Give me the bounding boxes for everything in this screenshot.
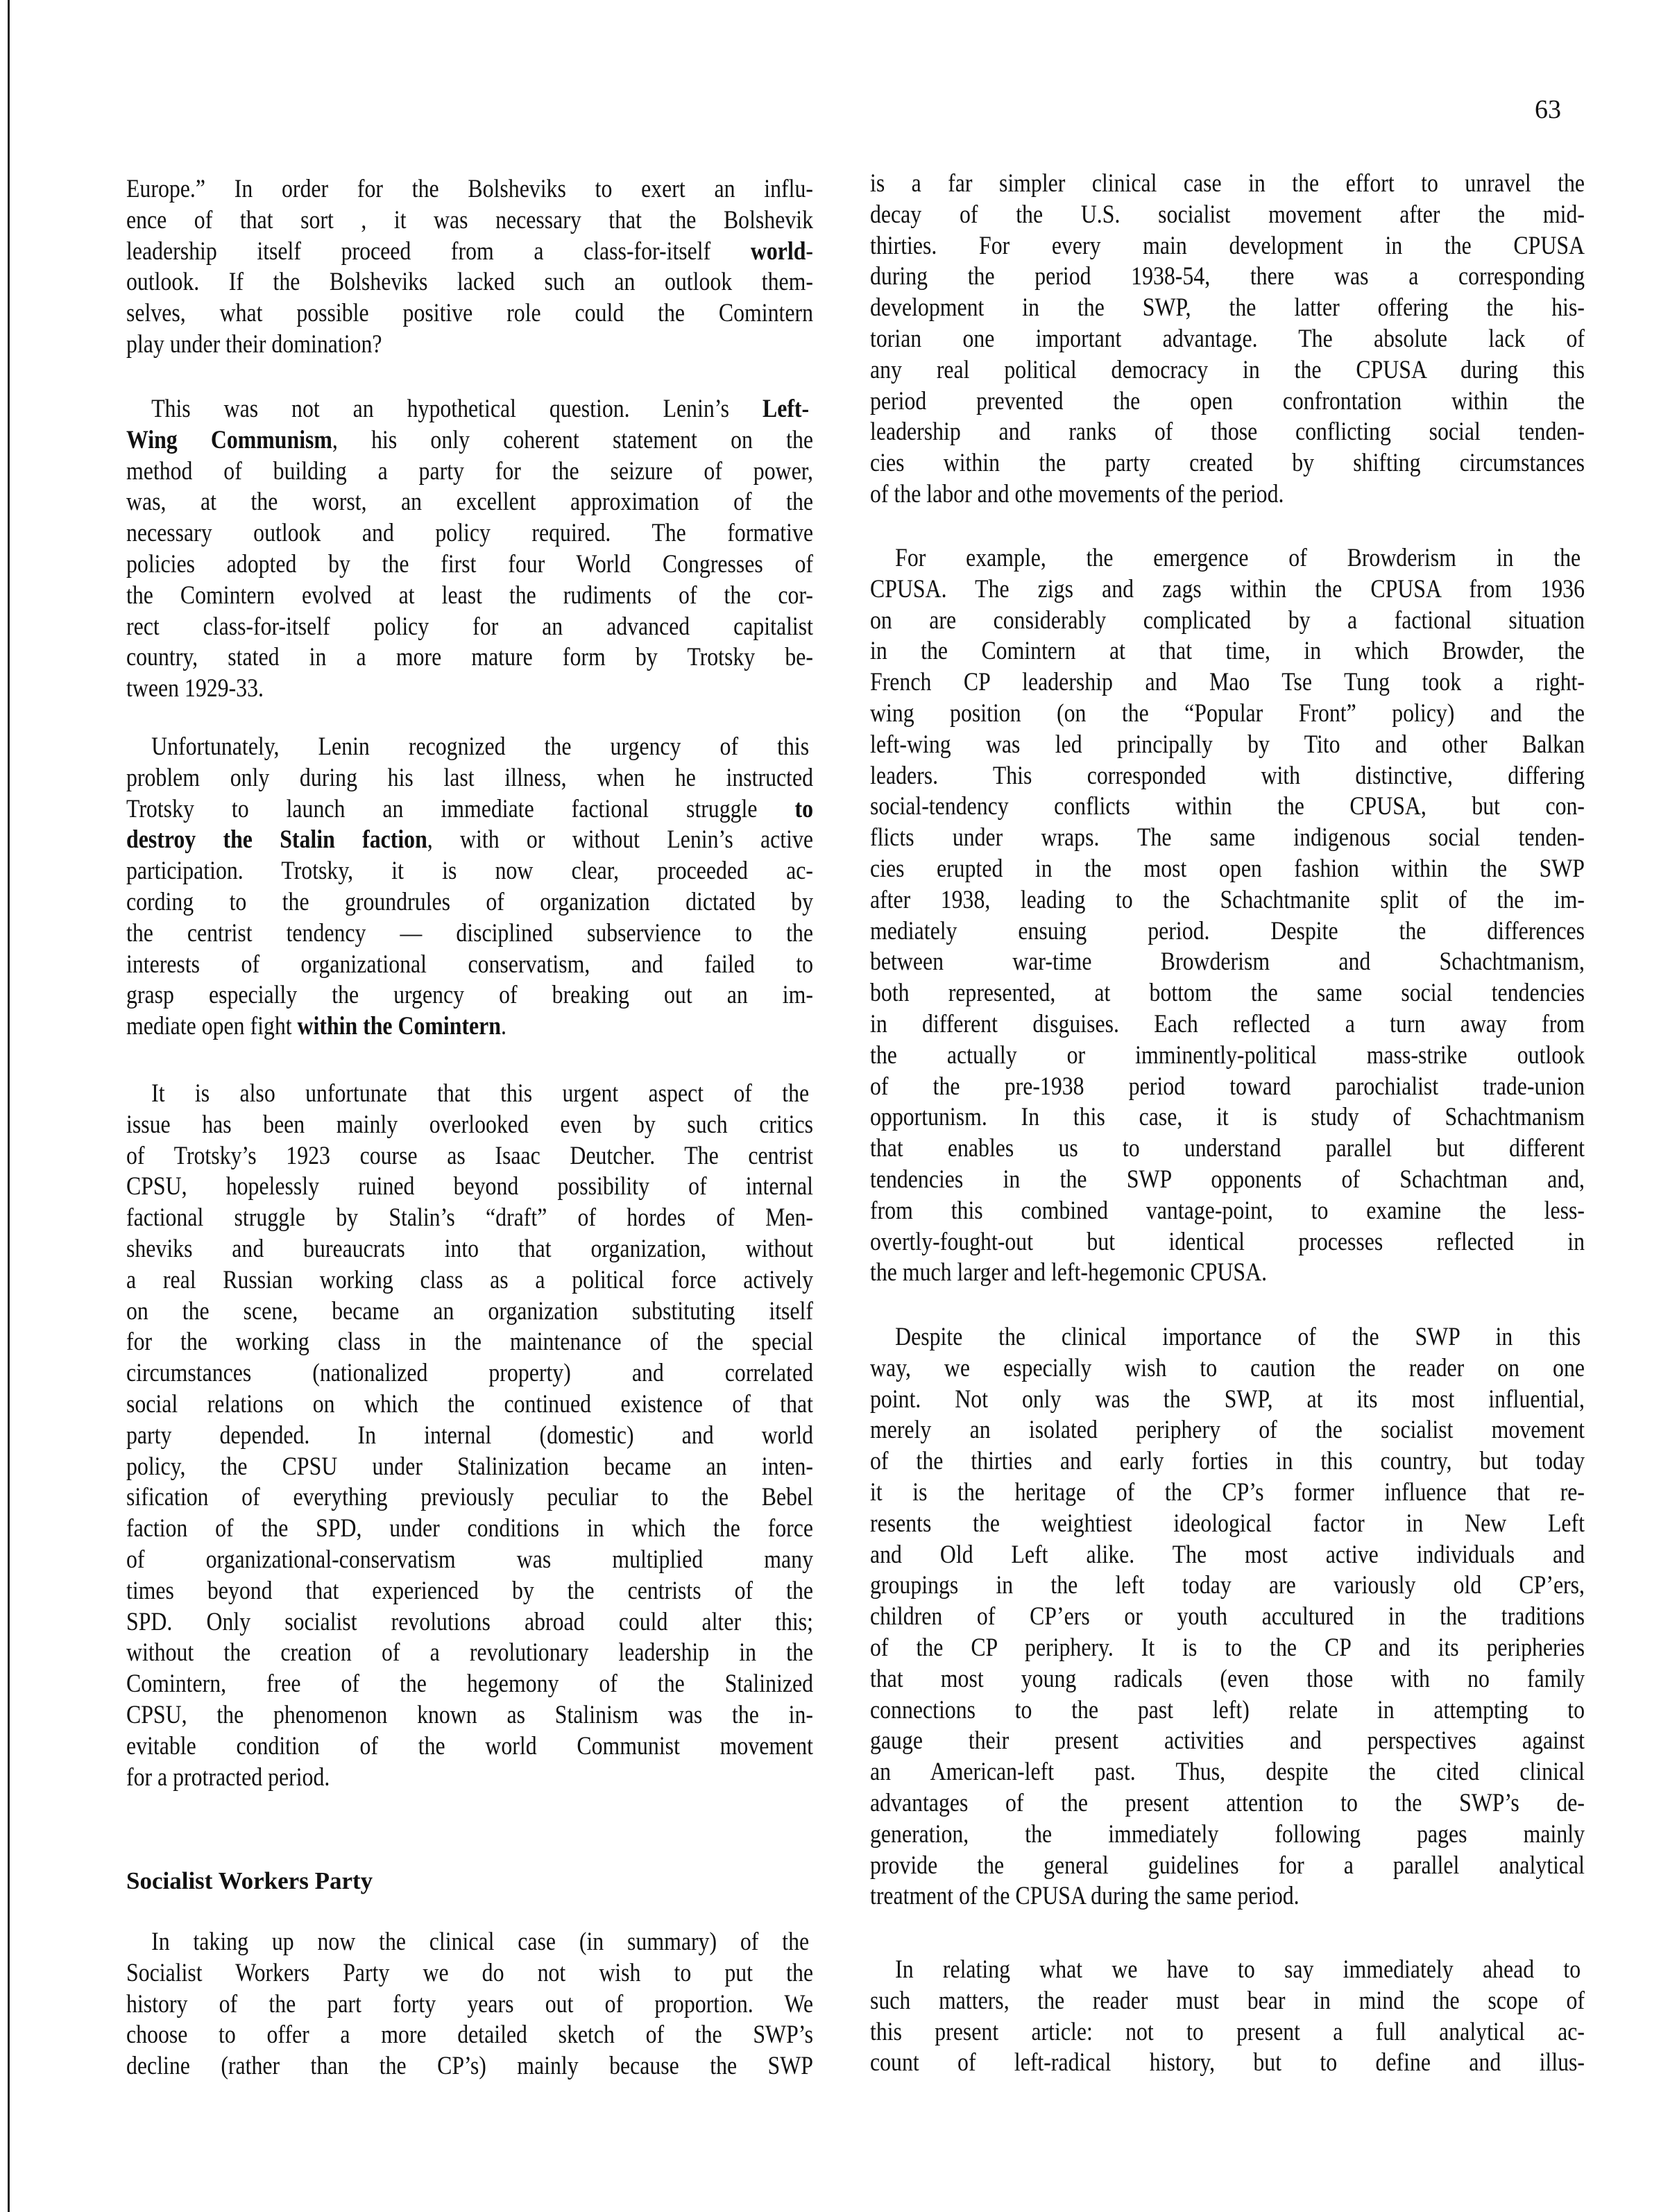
text-line: policy, the CPSU under Stalinization bec… [126,1452,813,1483]
text-line: in the Comintern at that time, in which … [870,636,1585,667]
text-line: the centrist tendency — disciplined subs… [126,918,813,950]
text-line: flicts under wraps. The same indigenous … [870,823,1585,854]
text-line: cording to the groundrules of organizati… [126,887,813,918]
text-line: during the period 1938-54, there was a c… [870,262,1585,293]
text-line: left-wing was led principally by Tito an… [870,730,1585,761]
text-line: tendencies in the SWP opponents of Schac… [870,1165,1585,1196]
text-line: mediate open fight within the Comintern. [126,1011,813,1043]
text-line: social-tendency conflicts within the CPU… [870,791,1585,823]
text-line: rect class-for-itself policy for an adva… [126,612,813,643]
text-line: children of CP’ers or youth accultured i… [870,1602,1585,1633]
text-line: French CP leadership and Mao Tse Tung to… [870,667,1585,698]
text-line: destroy the Stalin faction, with or with… [126,825,813,856]
paragraph: It is also unfortunate that this urgent … [126,1079,813,1793]
text-line: is a far simpler clinical case in the ef… [870,169,1585,200]
text-line: interests of organizational conservatism… [126,950,813,981]
text-line: of organizational-conservatism was multi… [126,1545,813,1576]
text-line: SPD. Only socialist revolutions abroad c… [126,1607,813,1638]
text-line: history of the part forty years out of p… [126,1989,813,2021]
text-line: country, stated in a more mature form by… [126,642,813,674]
text-line: faction of the SPD, under conditions in … [126,1514,813,1545]
text-line: from this combined vantage-point, to exa… [870,1196,1585,1227]
text-line: treatment of the CPUSA during the same p… [870,1881,1585,1912]
text-line: Europe.” In order for the Bolsheviks to … [126,174,813,205]
text-line: count of left-radical history, but to de… [870,2048,1585,2079]
text-line: issue has been mainly overlooked even by… [126,1110,813,1141]
text-line: development in the SWP, the latter offer… [870,293,1585,324]
paragraph: In relating what we have to say immediat… [870,1955,1585,2079]
text-line: point. Not only was the SWP, at its most… [870,1384,1585,1416]
text-line: sification of everything previously pecu… [126,1482,813,1514]
text-line: leaders. This corresponded with distinct… [870,761,1585,792]
paragraph: Unfortunately, Lenin recognized the urge… [126,732,813,1043]
text-line: cies erupted in the most open fashion wi… [870,854,1585,885]
text-line: on the scene, became an organization sub… [126,1296,813,1328]
text-line: on are considerably complicated by a fac… [870,606,1585,637]
text-line: For example, the emergence of Browderism… [870,543,1581,574]
text-line: choose to offer a more detailed sketch o… [126,2020,813,2051]
text-line: party depended. In internal (domestic) a… [126,1421,813,1452]
text-line: merely an isolated periphery of the soci… [870,1415,1585,1446]
page-edge-line [8,0,10,2212]
text-line: any real political democracy in the CPUS… [870,355,1585,386]
text-line: play under their domination? [126,329,813,361]
text-line: of the labor and othe movements of the p… [870,479,1585,511]
text-line: after 1938, leading to the Schachtmanite… [870,885,1585,916]
text-line: way, we especially wish to caution the r… [870,1353,1585,1384]
text-line: necessary outlook and policy required. T… [126,518,813,549]
text-line: method of building a party for the seizu… [126,456,813,488]
text-line: Trotsky to launch an immediate factional… [126,794,813,825]
text-line: Despite the clinical importance of the S… [870,1322,1581,1353]
text-line: Unfortunately, Lenin recognized the urge… [126,732,809,763]
text-line: this present article: not to present a f… [870,2017,1585,2048]
page-number: 63 [1535,94,1561,125]
paragraph: Despite the clinical importance of the S… [870,1322,1585,1912]
text-line: generation, the immediately following pa… [870,1819,1585,1851]
text-line: decline (rather than the CP’s) mainly be… [126,2051,813,2082]
text-line: the much larger and left-hegemonic CPUSA… [870,1258,1585,1289]
text-line: of the CP periphery. It is to the CP and… [870,1633,1585,1664]
paragraph: Europe.” In order for the Bolsheviks to … [126,174,813,361]
text-line: circumstances (nationalized property) an… [126,1358,813,1389]
text-line: the Comintern evolved at least the rudim… [126,581,813,612]
text-line: in different disguises. Each reflected a… [870,1009,1585,1040]
text-line: decay of the U.S. socialist movement aft… [870,200,1585,231]
text-line: This was not an hypothetical question. L… [126,394,809,425]
text-line: of the pre-1938 period toward parochiali… [870,1072,1585,1103]
text-line: that most young radicals (even those wit… [870,1664,1585,1695]
text-line: leadership itself proceed from a class-f… [126,237,813,268]
text-line: leadership and ranks of those conflictin… [870,417,1585,448]
text-line: evitable condition of the world Communis… [126,1731,813,1763]
text-line: provide the general guidelines for a par… [870,1851,1585,1882]
text-line: CPUSA. The zigs and zags within the CPUS… [870,574,1585,606]
text-line: for a protracted period. [126,1763,813,1794]
text-line: that enables us to understand parallel b… [870,1133,1585,1165]
text-line: grasp especially the urgency of breaking… [126,980,813,1011]
text-line: and Old Left alike. The most active indi… [870,1540,1585,1571]
text-line: cies within the party created by shiftin… [870,448,1585,479]
text-line: social relations on which the continued … [126,1389,813,1421]
text-line: resents the weightiest ideological facto… [870,1509,1585,1540]
text-line: Wing Communism, his only coherent statem… [126,425,813,456]
text-line: advantages of the present attention to t… [870,1788,1585,1819]
text-line: Comintern, free of the hegemony of the S… [126,1669,813,1700]
text-line: connections to the past left) relate in … [870,1695,1585,1726]
text-line: was, at the worst, an excellent approxim… [126,487,813,518]
text-line: gauge their present activities and persp… [870,1726,1585,1757]
text-line: torian one important advantage. The abso… [870,324,1585,355]
text-line: In taking up now the clinical case (in s… [126,1927,809,1958]
text-line: it is the heritage of the CP’s former in… [870,1477,1585,1509]
text-line: opportunism. In this case, it is study o… [870,1102,1585,1133]
section-heading: Socialist Workers Party [126,1866,373,1896]
text-line: mediately ensuing period. Despite the di… [870,916,1585,948]
text-line: groupings in the left today are variousl… [870,1570,1585,1602]
text-line: problem only during his last illness, wh… [126,763,813,794]
paragraph: This was not an hypothetical question. L… [126,394,813,705]
text-line: participation. Trotsky, it is now clear,… [126,856,813,887]
text-line: of Trotsky’s 1923 course as Isaac Deutch… [126,1141,813,1172]
text-line: both represented, at bottom the same soc… [870,978,1585,1009]
text-line: of the thirties and early forties in thi… [870,1446,1585,1477]
text-line: such matters, the reader must bear in mi… [870,1986,1585,2017]
text-line: without the creation of a revolutionary … [126,1638,813,1669]
text-line: In relating what we have to say immediat… [870,1955,1581,1986]
text-line: between war-time Browderism and Schachtm… [870,947,1585,978]
text-line: period prevented the open confrontation … [870,386,1585,418]
text-line: selves, what possible positive role coul… [126,298,813,329]
text-line: an American-left past. Thus, despite the… [870,1757,1585,1788]
text-line: times beyond that experienced by the cen… [126,1576,813,1607]
text-line: thirties. For every main development in … [870,231,1585,262]
text-line: a real Russian working class as a politi… [126,1265,813,1296]
text-line: sheviks and bureaucrats into that organi… [126,1234,813,1265]
paragraph: For example, the emergence of Browderism… [870,543,1585,1289]
text-line: for the working class in the maintenance… [126,1327,813,1358]
paragraph: is a far simpler clinical case in the ef… [870,169,1585,511]
text-line: wing position (on the “Popular Front” po… [870,698,1585,730]
paragraph: In taking up now the clinical case (in s… [126,1927,813,2082]
text-line: ence of that sort , it was necessary tha… [126,205,813,237]
text-line: tween 1929-33. [126,674,813,705]
text-line: the actually or imminently-political mas… [870,1040,1585,1072]
text-line: policies adopted by the first four World… [126,549,813,581]
text-line: It is also unfortunate that this urgent … [126,1079,809,1110]
text-line: CPSU, the phenomenon known as Stalinism … [126,1700,813,1731]
text-line: Socialist Workers Party we do not wish t… [126,1958,813,1989]
text-line: outlook. If the Bolsheviks lacked such a… [126,267,813,298]
text-line: factional struggle by Stalin’s “draft” o… [126,1203,813,1234]
text-line: overtly-fought-out but identical process… [870,1227,1585,1258]
text-line: CPSU, hopelessly ruined beyond possibili… [126,1172,813,1203]
